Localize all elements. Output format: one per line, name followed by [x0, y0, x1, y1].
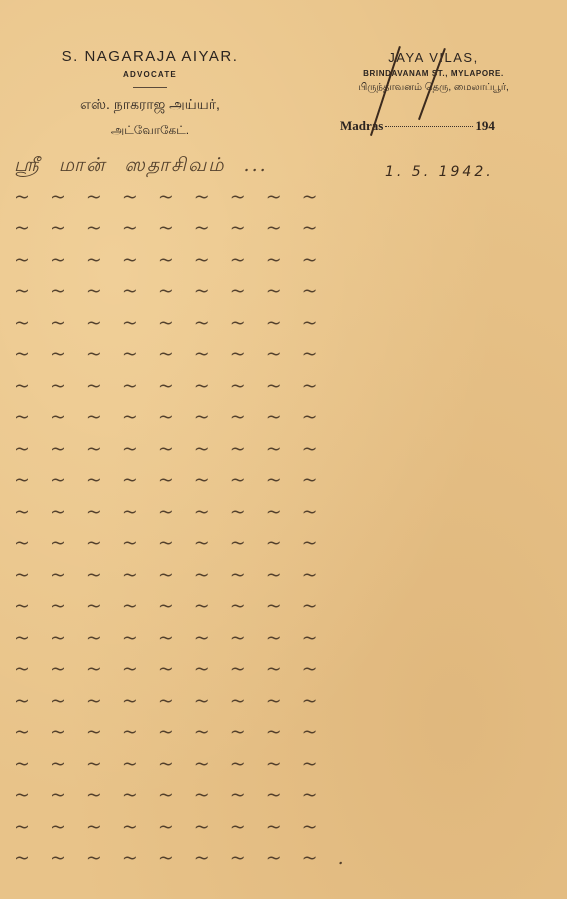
- year-prefix: 194: [475, 118, 495, 133]
- handwritten-line: ~ ~ ~ ~ ~ ~ ~ ~ ~: [14, 182, 557, 214]
- sender-title-tamil: அட்வோகேட்.: [0, 123, 300, 139]
- handwritten-line: ~ ~ ~ ~ ~ ~ ~ ~ ~: [14, 339, 557, 371]
- handwritten-line: ~ ~ ~ ~ ~ ~ ~ ~ ~: [14, 497, 557, 529]
- handwritten-line: ~ ~ ~ ~ ~ ~ ~ ~ ~: [14, 591, 557, 623]
- sender-title-english: ADVOCATE: [0, 70, 300, 79]
- handwritten-line: ~ ~ ~ ~ ~ ~ ~ ~ ~ .: [14, 843, 557, 875]
- handwritten-body: ஸ்ரீ மான் ஸதாசிவம் ... ~ ~ ~ ~ ~ ~ ~ ~ ~…: [14, 150, 557, 875]
- handwritten-line: ~ ~ ~ ~ ~ ~ ~ ~ ~: [14, 402, 557, 434]
- date-dotted-line: [385, 126, 473, 127]
- street-tamil: பிருந்தாவனம் தெரு, மைலாப்பூர்,: [300, 82, 567, 94]
- handwritten-line: ~ ~ ~ ~ ~ ~ ~ ~ ~: [14, 623, 557, 655]
- handwritten-line: ~ ~ ~ ~ ~ ~ ~ ~ ~: [14, 654, 557, 686]
- handwritten-line: ~ ~ ~ ~ ~ ~ ~ ~ ~: [14, 434, 557, 466]
- letterhead-address: JAYA VILAS, BRINDAVANAM ST., MYLAPORE. ப…: [300, 50, 567, 94]
- handwritten-line: ~ ~ ~ ~ ~ ~ ~ ~ ~: [14, 371, 557, 403]
- handwritten-line: ~ ~ ~ ~ ~ ~ ~ ~ ~: [14, 560, 557, 592]
- handwritten-line: ~ ~ ~ ~ ~ ~ ~ ~ ~: [14, 213, 557, 245]
- handwritten-line: ~ ~ ~ ~ ~ ~ ~ ~ ~: [14, 245, 557, 277]
- handwritten-line: ~ ~ ~ ~ ~ ~ ~ ~ ~: [14, 749, 557, 781]
- handwritten-line: ~ ~ ~ ~ ~ ~ ~ ~ ~: [14, 465, 557, 497]
- handwritten-line: ~ ~ ~ ~ ~ ~ ~ ~ ~: [14, 686, 557, 718]
- letterhead-sender: S. NAGARAJA AIYAR. ADVOCATE எஸ். நாகராஜ …: [0, 48, 300, 139]
- place-date-line: Madras194: [340, 118, 495, 134]
- handwritten-line: ~ ~ ~ ~ ~ ~ ~ ~ ~: [14, 780, 557, 812]
- handwritten-line: ~ ~ ~ ~ ~ ~ ~ ~ ~: [14, 717, 557, 749]
- sender-name-english: S. NAGARAJA AIYAR.: [0, 48, 300, 65]
- sender-name-tamil: எஸ். நாகராஜ அய்யர்,: [0, 96, 300, 115]
- handwritten-line: ~ ~ ~ ~ ~ ~ ~ ~ ~: [14, 276, 557, 308]
- letterhead-divider: [133, 87, 167, 88]
- handwritten-line: ~ ~ ~ ~ ~ ~ ~ ~ ~: [14, 308, 557, 340]
- handwritten-line: ~ ~ ~ ~ ~ ~ ~ ~ ~: [14, 812, 557, 844]
- handwritten-line: ஸ்ரீ மான் ஸதாசிவம் ...: [14, 150, 557, 182]
- handwritten-line: ~ ~ ~ ~ ~ ~ ~ ~ ~: [14, 528, 557, 560]
- house-name: JAYA VILAS,: [300, 50, 567, 65]
